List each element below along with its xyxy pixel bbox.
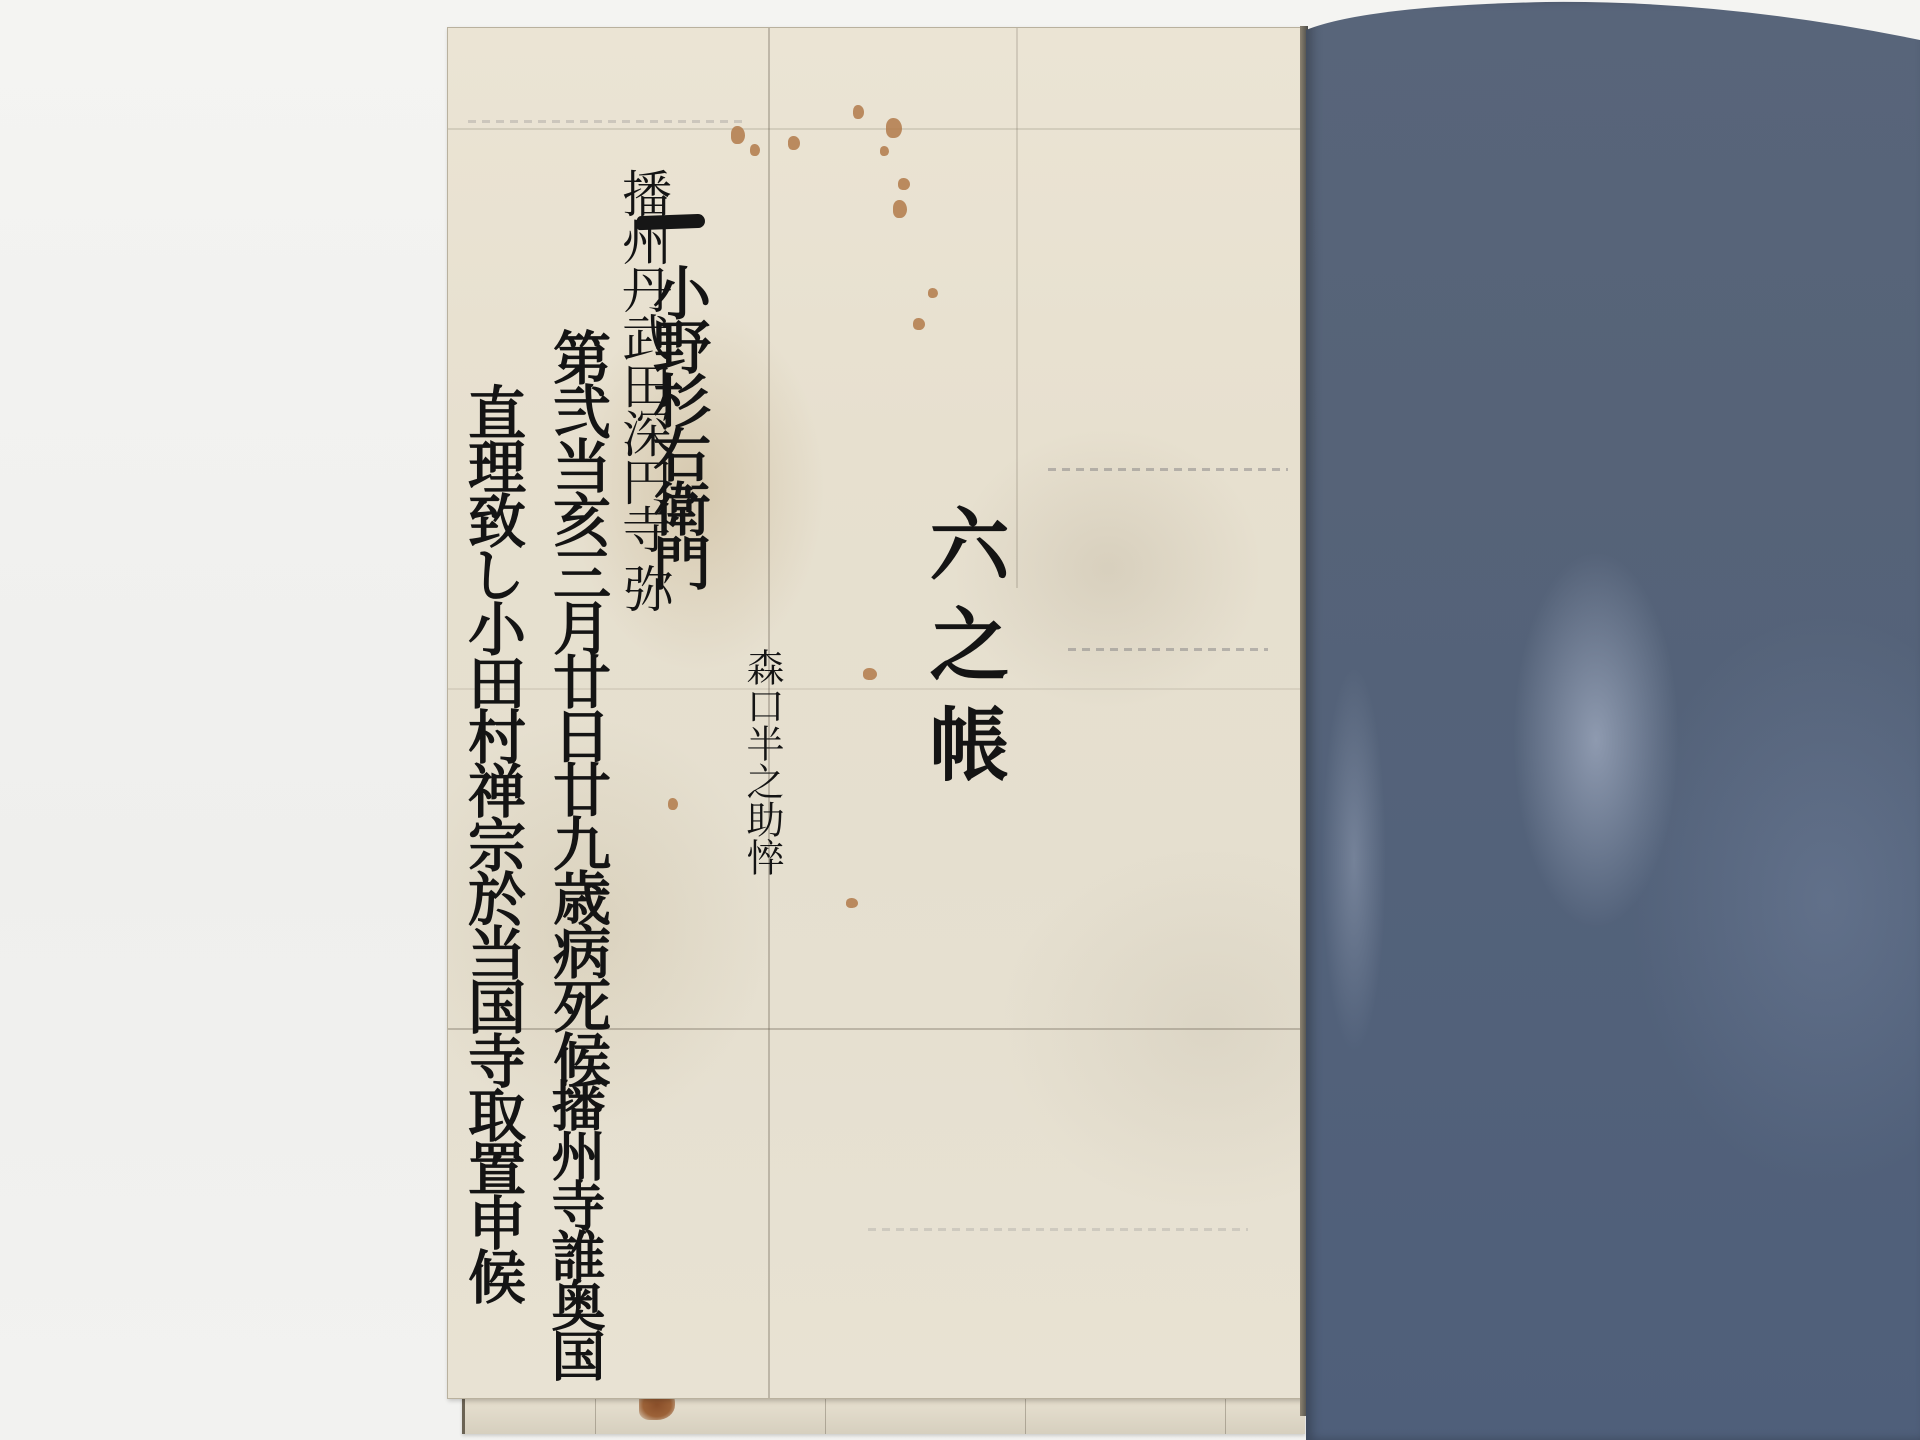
body-column-1: 第弐当亥三月廿日廿九歳病死候 xyxy=(548,328,606,1084)
show-through-writing xyxy=(1068,648,1268,651)
body-column-1-end: 播州寺誰奥国 xyxy=(548,1078,602,1378)
show-through-writing xyxy=(468,120,748,123)
show-through-writing xyxy=(868,1228,1248,1231)
show-through-writing xyxy=(1048,468,1288,471)
foxing-spot xyxy=(880,146,889,156)
blue-cover-folded xyxy=(1306,0,1920,1440)
foxing-spot xyxy=(893,200,907,218)
foxing-spot xyxy=(750,144,760,156)
foxing-spot xyxy=(788,136,800,150)
fold-crease xyxy=(448,128,1304,130)
foxing-spot xyxy=(731,126,745,144)
foxing-spot xyxy=(853,105,864,119)
foxing-spot xyxy=(913,318,925,330)
foxing-spot xyxy=(898,178,910,190)
fold-crease xyxy=(1016,28,1018,588)
foxing-spot xyxy=(668,798,678,810)
foxing-spot xyxy=(863,668,877,680)
body-column-2: 直理致し小田村禅宗於当国寺取置申候 xyxy=(463,383,521,1301)
sub-header-column: 森口半之助悴 xyxy=(743,648,781,876)
foxing-spot xyxy=(886,118,902,138)
name-line-column: 小野杉右衛門 xyxy=(648,263,706,587)
photo-scene: 播州丹武田深円寺 弥 森口半之助悴 六之帳 小野杉右衛門 第弐当亥三月廿日廿九歳… xyxy=(0,0,1920,1440)
volume-title-label: 六之帳 xyxy=(923,503,1003,803)
foxing-spot xyxy=(928,288,938,298)
manuscript-page: 播州丹武田深円寺 弥 森口半之助悴 六之帳 小野杉右衛門 第弐当亥三月廿日廿九歳… xyxy=(447,27,1305,1399)
foxing-spot xyxy=(846,898,858,908)
item-mark-ichi xyxy=(637,214,705,230)
